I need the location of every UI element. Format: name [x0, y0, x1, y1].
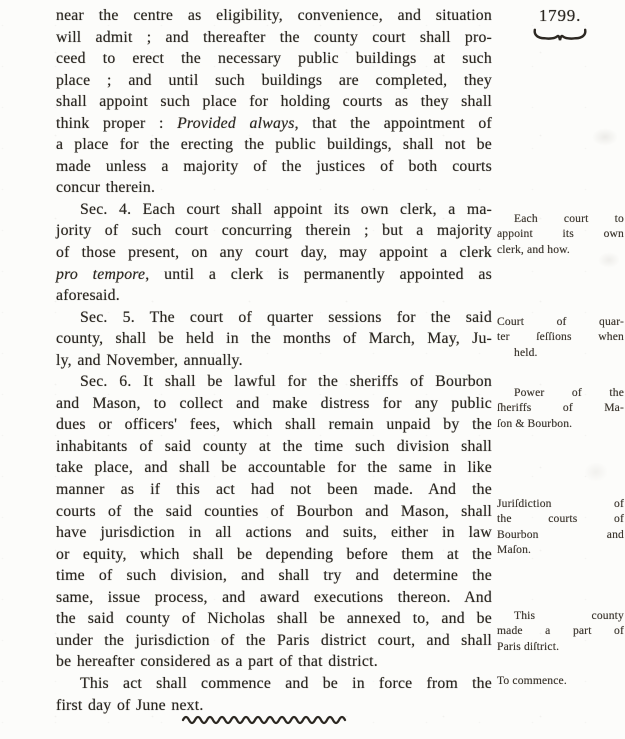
margin-note-line: Power of the — [497, 385, 624, 400]
underbrace-ornament-icon — [532, 27, 588, 42]
text-segment: county, shall be held in the months of M… — [56, 330, 492, 347]
text-segment: Sec. 5. The court of quarter sessions fo… — [80, 309, 492, 326]
text-segment: of those present, on any court day, may … — [56, 244, 492, 261]
margin-note-line: ſheriffs of Ma- — [497, 400, 624, 415]
text-segment: concur therein. — [56, 179, 155, 196]
margin-note-line: ſon & Bourbon. — [497, 416, 624, 431]
text-line: ly, and November, annually. — [56, 350, 492, 372]
text-line: take place, and shall be accountable for… — [56, 457, 492, 479]
text-segment: made unless a majority of the justices o… — [56, 158, 492, 175]
margin-note-line: Bourbon and — [497, 527, 624, 542]
text-line: shall appoint such place for holding cou… — [56, 91, 492, 113]
margin-note: Court of quar-ter ſeſſions whenheld. — [497, 314, 624, 360]
scan-smudge — [584, 462, 608, 482]
text-line: and Mason, to collect and make distress … — [56, 393, 492, 415]
text-segment: same, issue process, and award execution… — [56, 589, 492, 606]
text-segment: shall appoint such place for holding cou… — [56, 93, 492, 110]
text-segment: under the jurisdiction of the Paris dist… — [56, 632, 492, 649]
margin-note-line: Paris diſtrict. — [497, 639, 624, 654]
margin-note: Power of theſheriffs of Ma-ſon & Bourbon… — [497, 385, 624, 431]
text-line: under the jurisdiction of the Paris dist… — [56, 630, 492, 652]
text-line: Sec. 5. The court of quarter sessions fo… — [56, 307, 492, 329]
text-line: same, issue process, and award execution… — [56, 587, 492, 609]
margin-note: Juriſdiction ofthe courts ofBourbon andM… — [497, 496, 624, 558]
body-text: near the centre as eligibility, convenie… — [56, 5, 492, 716]
margin-note-line: the courts of — [497, 511, 624, 526]
margin-note-line: Juriſdiction of — [497, 496, 624, 511]
margin-note: Each court toappoint its ownclerk, and h… — [497, 211, 624, 257]
text-segment: jority of such court concurring therein … — [56, 222, 492, 239]
margin-note: This countymade a part ofParis diſtrict. — [497, 608, 624, 654]
text-segment: first day of June next. — [56, 697, 204, 714]
margin-note-line: This county — [497, 608, 624, 623]
margin-note-line: held. — [497, 345, 624, 360]
text-segment: , until a clerk is permanently appointed… — [145, 266, 492, 283]
text-line: the said county of Nicholas shall be ann… — [56, 608, 492, 630]
text-line: inhabitants of said county at the time s… — [56, 436, 492, 458]
year-heading: 1799. — [529, 6, 591, 42]
text-segment: a place for the erecting the public buil… — [56, 136, 492, 153]
text-segment: Sec. 6. It shall be lawful for the sheri… — [80, 373, 492, 390]
text-line: county, shall be held in the months of M… — [56, 328, 492, 350]
text-line: ceed to erect the necessary public build… — [56, 48, 492, 70]
text-segment: ceed to erect the necessary public build… — [56, 50, 492, 67]
text-segment: place ; and until such buildings are com… — [56, 72, 492, 89]
text-line: will admit ; and thereafter the county c… — [56, 27, 492, 49]
text-line: This act shall commence and be in force … — [56, 673, 492, 695]
text-segment: be hereafter considered as a part of tha… — [56, 653, 378, 670]
margin-note-line: Court of quar- — [497, 314, 624, 329]
margin-note-line: clerk, and how. — [497, 242, 624, 257]
text-line: a place for the erecting the public buil… — [56, 134, 492, 156]
text-line: courts of the said counties of Bourbon a… — [56, 501, 492, 523]
text-line: near the centre as eligibility, convenie… — [56, 5, 492, 27]
text-segment: think proper : — [56, 115, 177, 132]
text-segment: This act shall commence and be in force … — [80, 675, 492, 692]
text-line: time of such division, and shall try and… — [56, 565, 492, 587]
text-segment: will admit ; and thereafter the county c… — [56, 29, 492, 46]
year-label: 1799. — [529, 6, 591, 26]
text-line: of those present, on any court day, may … — [56, 242, 492, 264]
text-segment: dues or officers' fees, which shall rema… — [56, 416, 492, 433]
margin-note-line: Each court to — [497, 211, 624, 226]
scan-smudge — [592, 128, 618, 146]
italic-phrase: Provided always — [177, 115, 295, 132]
text-segment: inhabitants of said county at the time s… — [56, 438, 492, 455]
text-line: Sec. 4. Each court shall appoint its own… — [56, 199, 492, 221]
margin-note-line: ter ſeſſions when — [497, 329, 624, 344]
text-line: pro tempore, until a clerk is permanentl… — [56, 264, 492, 286]
margin-note-line: made a part of — [497, 623, 624, 638]
wavy-rule-icon — [180, 712, 350, 726]
text-line: or equity, which shall be depending befo… — [56, 544, 492, 566]
text-segment: near the centre as eligibility, convenie… — [56, 7, 492, 24]
text-line: be hereafter considered as a part of tha… — [56, 651, 492, 673]
italic-phrase: pro tempore — [56, 266, 145, 283]
text-line: aforesaid. — [56, 285, 492, 307]
margin-note: To commence. — [497, 673, 624, 688]
text-segment: the said county of Nicholas shall be ann… — [56, 610, 492, 627]
text-line: concur therein. — [56, 177, 492, 199]
text-segment: ly, and November, annually. — [56, 352, 243, 369]
text-line: have jurisdiction in all actions and sui… — [56, 522, 492, 544]
text-line: place ; and until such buildings are com… — [56, 70, 492, 92]
margin-note-line: To commence. — [497, 673, 624, 688]
text-segment: manner as if this act had not been made.… — [56, 481, 492, 498]
text-segment: aforesaid. — [56, 287, 120, 304]
text-segment: , that the appointment of — [295, 115, 492, 132]
margin-note-line: Maſon. — [497, 542, 624, 557]
text-segment: or equity, which shall be depending befo… — [56, 546, 492, 563]
margin-note-line: appoint its own — [497, 226, 624, 241]
text-line: manner as if this act had not been made.… — [56, 479, 492, 501]
document-page: 1799. near the centre as eligibility, co… — [0, 0, 625, 739]
text-segment: courts of the said counties of Bourbon a… — [56, 503, 492, 520]
text-segment: Sec. 4. Each court shall appoint its own… — [80, 201, 492, 218]
text-segment: have jurisdiction in all actions and sui… — [56, 524, 492, 541]
text-segment: and Mason, to collect and make distress … — [56, 395, 492, 412]
text-segment: time of such division, and shall try and… — [56, 567, 492, 584]
text-line: think proper : Provided always, that the… — [56, 113, 492, 135]
text-segment: take place, and shall be accountable for… — [56, 459, 492, 476]
text-line: jority of such court concurring therein … — [56, 220, 492, 242]
text-line: dues or officers' fees, which shall rema… — [56, 414, 492, 436]
text-line: Sec. 6. It shall be lawful for the sheri… — [56, 371, 492, 393]
text-line: made unless a majority of the justices o… — [56, 156, 492, 178]
